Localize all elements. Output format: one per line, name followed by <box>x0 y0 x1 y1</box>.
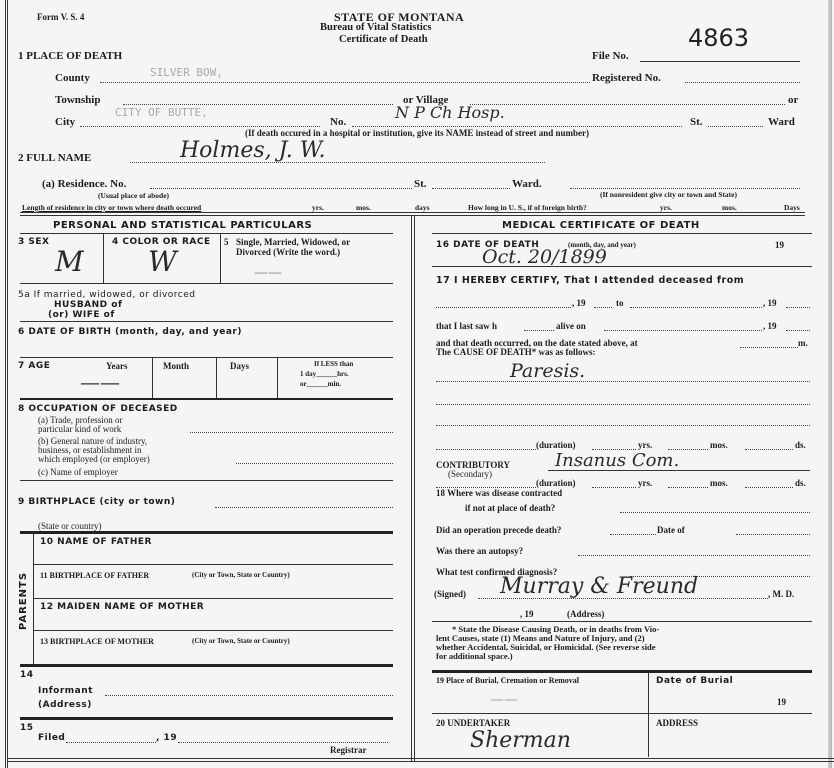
st-label: St. <box>690 116 703 128</box>
vline-race <box>220 233 221 283</box>
informant-label: Informant <box>38 686 93 696</box>
vline-month <box>216 357 217 399</box>
sign-19: , 19 <box>520 609 534 619</box>
filed-19-line <box>178 742 388 743</box>
attended-from-19: , 19 <box>572 298 586 308</box>
last-saw-label: that I last saw h <box>436 321 497 331</box>
rule-signed <box>432 621 812 622</box>
cause-line-3 <box>436 425 810 426</box>
residence-ward-line <box>570 188 800 189</box>
township-label: Township <box>55 94 100 106</box>
marital-num: 5 <box>224 237 229 247</box>
us-yrs: yrs. <box>660 203 672 212</box>
county-label: County <box>55 72 90 84</box>
medical-section-title: MEDICAL CERTIFICATE OF DEATH <box>502 220 700 231</box>
spouse-label-1: 5a If married, widowed, or divorced <box>18 290 196 300</box>
occupation-label: 8 OCCUPATION OF DECEASED <box>18 404 178 414</box>
cause-line-2 <box>436 404 810 405</box>
last-saw-line <box>524 330 554 331</box>
form-id: Form V. S. 4 <box>37 12 84 22</box>
informant-address-label: (Address) <box>38 700 92 710</box>
no-line <box>352 126 682 127</box>
vline-burial <box>648 672 649 757</box>
burial-date-label: Date of Burial <box>656 676 733 686</box>
duration-yrs: yrs. <box>638 440 652 450</box>
informant-num: 14 <box>20 670 34 680</box>
filed-num: 15 <box>20 723 34 733</box>
filed-19: , 19 <box>156 733 177 743</box>
attended-to-19: , 19 <box>763 298 777 308</box>
age-label: 7 AGE <box>18 361 50 371</box>
sex-value: M <box>55 245 84 278</box>
duration-ds-line <box>745 449 793 450</box>
race-value: W <box>148 245 177 278</box>
birthplace-label: 9 BIRTHPLACE (city or town) <box>18 497 175 507</box>
occ-c: (c) Name of employer <box>38 467 118 477</box>
file-no-line <box>640 61 800 62</box>
city-line <box>80 126 320 127</box>
hospital-note: (If death occured in a hospital or insti… <box>245 128 589 138</box>
spouse-label-2: HUSBAND of <box>54 300 122 310</box>
informant-line <box>105 695 393 696</box>
alive-19: , 19 <box>763 321 777 331</box>
duration-label: (duration) <box>536 440 576 450</box>
county-line <box>100 82 590 83</box>
full-name-value: Holmes, J. W. <box>180 138 325 163</box>
place-of-death-label: 1 PLACE OF DEATH <box>18 50 122 62</box>
month-label: Month <box>163 361 189 371</box>
file-no-label: File No. <box>592 50 629 62</box>
rule-burial <box>432 713 812 714</box>
less-than-3: or______min. <box>300 380 341 388</box>
duration2-ds-line <box>745 487 793 488</box>
st-line <box>708 126 763 127</box>
duration2-ds: ds. <box>795 478 806 488</box>
rule-footnote <box>432 670 812 673</box>
signed-label: (Signed) <box>434 589 466 599</box>
state-country-label: (State or country) <box>38 521 101 531</box>
attended-from-line <box>436 307 571 308</box>
or-label: or <box>788 94 798 106</box>
where-contracted-label: 18 Where was disease contracted <box>436 488 562 498</box>
dob-label: 6 DATE OF BIRTH (month, day, and year) <box>18 327 242 337</box>
signed-value: Murray & Freund <box>500 574 698 599</box>
filed-label: Filed <box>38 733 65 743</box>
undertaker-address-label: ADDRESS <box>656 718 698 728</box>
residence-label: (a) Residence. No. <box>42 178 126 190</box>
date-of-line <box>736 534 810 535</box>
father-birthplace-label: 11 BIRTHPLACE OF FATHER <box>40 571 149 580</box>
ward-label: Ward <box>768 116 795 128</box>
occ-b-3: which employed (or employer) <box>38 454 150 464</box>
date-of-label: Date of <box>657 525 685 535</box>
personal-section-title: PERSONAL AND STATISTICAL PARTICULARS <box>53 220 312 231</box>
undertaker-value: Sherman <box>470 728 571 753</box>
residence-no-line <box>150 188 412 189</box>
not-at-place-line <box>620 512 810 513</box>
less-than-1: If LESS than <box>314 360 353 368</box>
not-at-place-label: if not at place of death? <box>465 503 555 513</box>
center-divider <box>411 216 415 761</box>
father-birthplace-hint: (City or Town, State or Country) <box>192 571 290 579</box>
spouse-label-3: (or) WIFE of <box>48 310 115 320</box>
parents-label: PARENTS <box>18 572 29 630</box>
county-value: SILVER BOW, <box>150 66 223 79</box>
m-label: m. <box>798 338 808 348</box>
rule-father-birthplace <box>34 598 393 599</box>
vline-parents <box>33 534 34 664</box>
registrar-label: Registrar <box>330 745 366 755</box>
age-value: —— <box>80 370 120 394</box>
to-label: to <box>616 298 624 308</box>
filed-line <box>66 742 156 743</box>
certify-label: 17 I HEREBY CERTIFY, That I attended dec… <box>436 275 744 286</box>
marital-value: —— <box>254 265 282 281</box>
duration2-yrs-line <box>592 487 636 488</box>
no-label: No. <box>330 116 346 128</box>
alive-on-label: alive on <box>556 321 586 331</box>
city-value: CITY OF BUTTE, <box>115 106 208 119</box>
contributory-value: Insanus Com. <box>555 450 679 471</box>
occ-a-line <box>190 432 393 433</box>
rule-medical-title <box>432 233 812 234</box>
rule-parents <box>20 664 393 667</box>
mother-birthplace-label: 13 BIRTHPLACE OF MOTHER <box>40 637 154 646</box>
mother-maiden-label: 12 MAIDEN NAME OF MOTHER <box>40 602 204 612</box>
mother-birthplace-hint: (City or Town, State or Country) <box>192 637 290 645</box>
duration2-mos-line <box>668 487 708 488</box>
file-number: 4863 <box>688 24 749 52</box>
footnote-4: for additional space.) <box>436 651 513 661</box>
rule-sex <box>20 283 393 284</box>
rule-personal-title <box>20 233 393 234</box>
duration2-yrs: yrs. <box>638 478 652 488</box>
attended-to-yr-line <box>786 307 810 308</box>
full-name-label: 2 FULL NAME <box>18 152 91 164</box>
duration-lead-line <box>436 449 536 450</box>
rule-occupation <box>20 480 393 481</box>
burial-place-label: 19 Place of Burial, Cremation or Removal <box>436 676 579 685</box>
vline-years <box>152 357 153 399</box>
marital-label-1: Single, Married, Widowed, or <box>236 237 350 247</box>
how-long-us-label: How long in U. S., if of foreign birth? <box>468 203 587 212</box>
occ-b-line <box>236 463 393 464</box>
bottom-border <box>8 758 834 762</box>
bureau-title: Bureau of Vital Statistics <box>320 22 432 33</box>
hospital-value: N P Ch Hosp. <box>395 103 505 122</box>
city-label: City <box>55 116 75 128</box>
vline-days <box>277 357 278 399</box>
father-name-label: 10 NAME OF FATHER <box>40 537 152 547</box>
registered-no-line <box>685 82 800 83</box>
sign-address-label: (Address) <box>567 609 604 619</box>
dod-value: Oct. 20/1899 <box>482 246 607 268</box>
vline-sex <box>103 233 104 283</box>
duration-ds: ds. <box>795 440 806 450</box>
birthplace-line <box>215 507 393 508</box>
rule-spouse <box>20 321 393 322</box>
md-label: , M. D. <box>768 589 794 599</box>
autopsy-label: Was there an autopsy? <box>436 546 523 556</box>
rule-dob <box>20 357 393 358</box>
occ-a-2: particular kind of work <box>38 424 121 434</box>
sex-label: 3 SEX <box>18 237 49 247</box>
occurred-line <box>740 347 798 348</box>
duration-mos: mos. <box>710 440 728 450</box>
residence-st-line <box>432 188 510 189</box>
burial-date-19: 19 <box>777 697 786 707</box>
left-border <box>5 0 8 768</box>
operation-line <box>610 534 656 535</box>
attended-to-line <box>630 307 762 308</box>
cause-label: The CAUSE OF DEATH* was as follows: <box>436 347 596 357</box>
cause-value: Paresis. <box>510 360 585 382</box>
village-line <box>470 104 785 105</box>
burial-place-value: —— <box>490 692 518 708</box>
operation-label: Did an operation precede death? <box>436 525 561 535</box>
registered-no-label: Registered No. <box>592 72 661 84</box>
secondary-label: (Secondary) <box>448 469 492 479</box>
alive-on-line <box>604 330 762 331</box>
us-days: Days <box>784 203 800 212</box>
length-days: days <box>415 203 430 212</box>
nonresident-note: (If nonresident give city or town and St… <box>600 190 737 199</box>
length-residence-label: Length of residence in city or town wher… <box>22 203 201 212</box>
length-yrs: yrs. <box>312 203 324 212</box>
duration2-mos: mos. <box>710 478 728 488</box>
usual-abode-note: (Usual place of abode) <box>98 191 169 200</box>
township-line <box>123 104 393 105</box>
residence-ward-label: Ward. <box>512 178 542 190</box>
less-than-2: 1 day______hrs. <box>300 370 349 378</box>
cause-line-1 <box>436 381 810 382</box>
attended-from-yr-line <box>594 307 612 308</box>
days-label: Days <box>230 361 249 371</box>
dod-19: 19 <box>775 240 784 250</box>
length-mos: mos. <box>356 203 371 212</box>
rule-mother-maiden <box>34 630 393 631</box>
residence-st-label: St. <box>414 178 427 190</box>
rule-father-name <box>34 564 393 565</box>
rule-informant <box>20 717 393 720</box>
rule-age <box>20 398 393 400</box>
rule-dod <box>432 266 812 267</box>
certificate-title: Certificate of Death <box>339 34 428 45</box>
marital-label-2: Divorced (Write the word.) <box>236 247 340 257</box>
undertaker-label: 20 UNDERTAKER <box>436 718 510 728</box>
death-certificate: Form V. S. 4 STATE OF MONTANA Bureau of … <box>0 0 834 768</box>
duration2-label: (duration) <box>536 478 576 488</box>
alive-yr-line <box>786 330 810 331</box>
right-edge <box>828 0 832 768</box>
autopsy-line <box>578 555 810 556</box>
us-mos: mos. <box>722 203 737 212</box>
rule-birthplace <box>20 531 393 534</box>
